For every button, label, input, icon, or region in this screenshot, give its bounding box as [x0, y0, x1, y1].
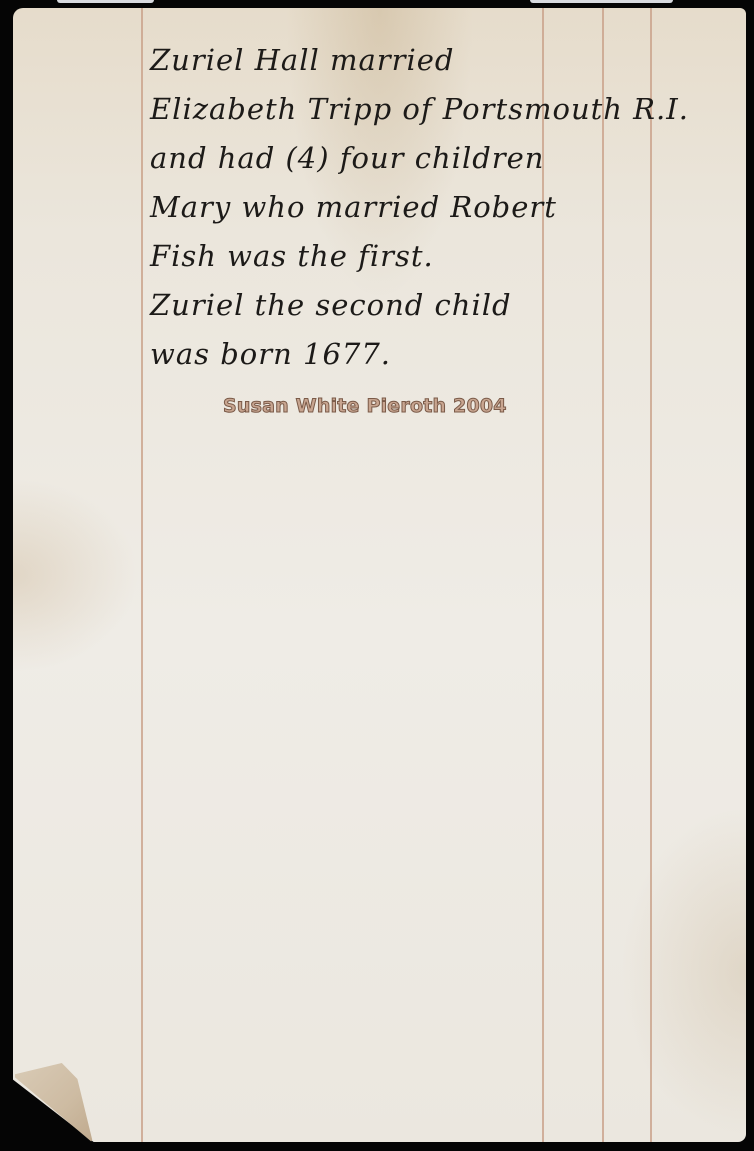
- handwriting-line: was born 1677.: [150, 330, 670, 379]
- handwriting-line: Zuriel Hall married: [150, 36, 670, 85]
- handwritten-text: Zuriel Hall married Elizabeth Tripp of P…: [150, 36, 670, 379]
- handwriting-line: Mary who married Robert: [150, 183, 670, 232]
- top-edge-tab-left: [57, 0, 154, 3]
- ruled-margin-line: [141, 8, 143, 1142]
- top-edge-tab-right: [530, 0, 673, 3]
- handwriting-line: Fish was the first.: [150, 232, 670, 281]
- copyright-watermark: Susan White Pieroth 2004: [223, 395, 507, 417]
- handwriting-line: Elizabeth Tripp of Portsmouth R.I.: [150, 85, 670, 134]
- handwriting-line: Zuriel the second child: [150, 281, 670, 330]
- handwriting-line: and had (4) four children: [150, 134, 670, 183]
